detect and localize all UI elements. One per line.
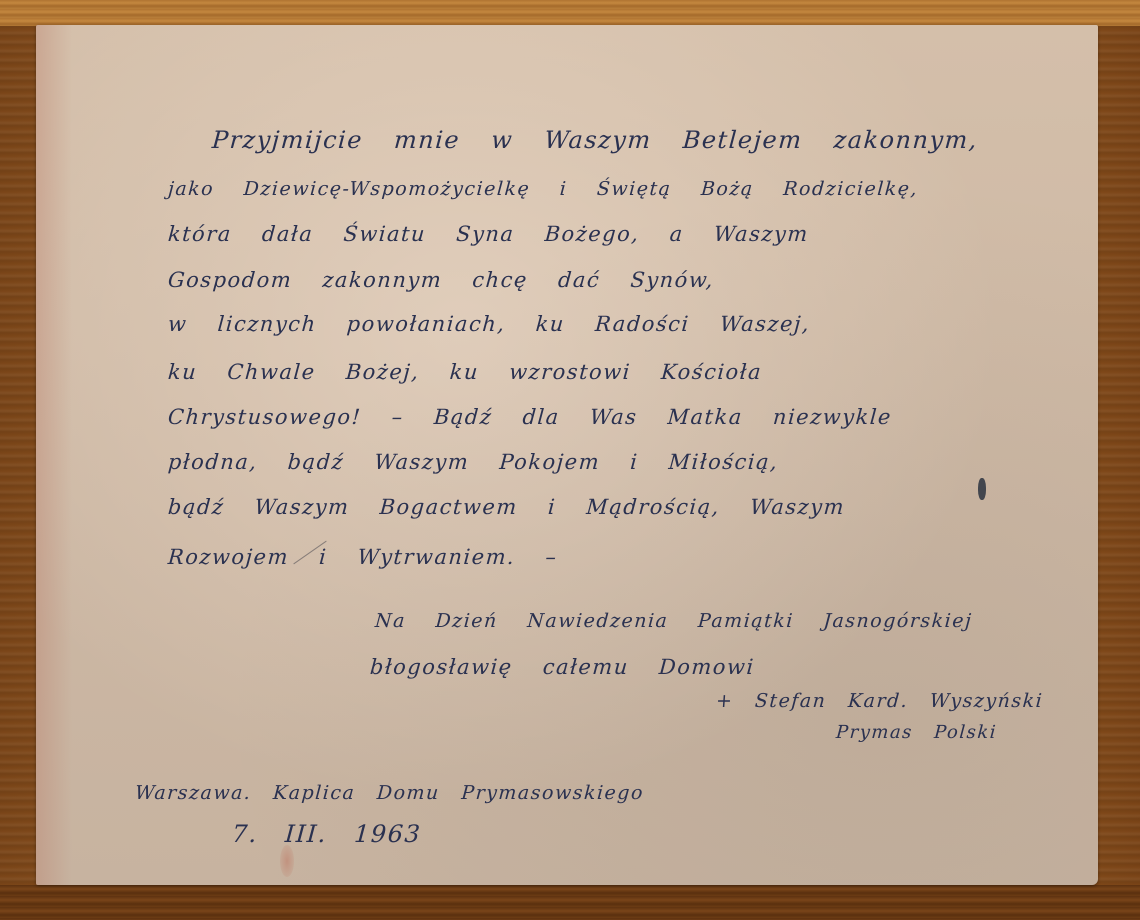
- signature-name: + Stefan Kard. Wyszyński: [715, 690, 1044, 712]
- paper-stain: [280, 845, 294, 877]
- closing-line-1: Na Dzień Nawiedzenia Pamiątki Jasnogórsk…: [374, 610, 973, 632]
- body-line-9: bądź Waszym Bogactwem i Mądrością, Waszy…: [167, 495, 846, 519]
- body-line-4: Gospodom zakonnym chcę dać Synów,: [167, 268, 715, 292]
- place-line: Warszawa. Kaplica Domu Prymasowskiego: [134, 782, 644, 804]
- closing-line-2: błogosławię całemu Domowi: [369, 655, 755, 679]
- wooden-surface-bottom: [0, 885, 1140, 920]
- body-line-5: w licznych powołaniach, ku Radości Wasze…: [167, 312, 811, 336]
- body-line-8: płodna, bądź Waszym Pokojem i Miłością,: [167, 450, 779, 474]
- body-line-2: jako Dziewicę-Wspomożycielkę i Świętą Bo…: [167, 178, 919, 200]
- body-line-7: Chrystusowego! – Bądź dla Was Matka niez…: [167, 405, 893, 429]
- date-line: 7. III. 1963: [231, 820, 422, 848]
- wooden-surface-top: [0, 0, 1140, 26]
- body-line-1: Przyjmijcie mnie w Waszym Betlejem zakon…: [211, 126, 979, 154]
- body-line-6: ku Chwale Bożej, ku wzrostowi Kościoła: [167, 360, 763, 384]
- body-line-3: która dała Światu Syna Bożego, a Waszym: [167, 222, 809, 246]
- signature-title: Prymas Polski: [835, 722, 997, 743]
- ink-blot: [978, 478, 986, 500]
- body-line-10: Rozwojem i Wytrwaniem. –: [167, 545, 558, 569]
